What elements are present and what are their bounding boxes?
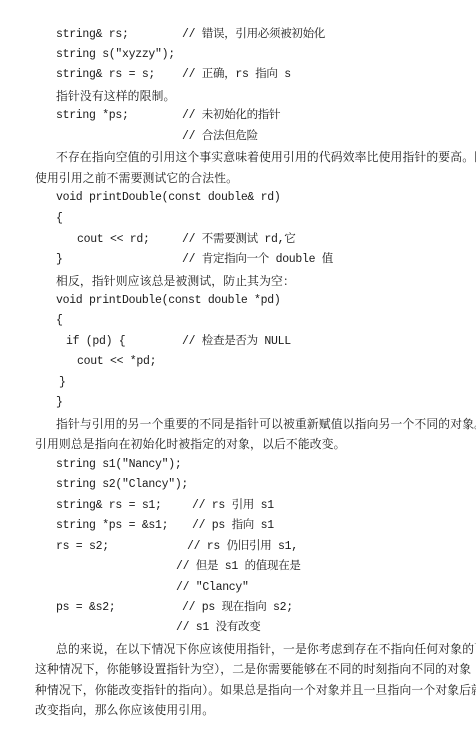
- paragraph-line: 种情况下，你能改变指针的指向）。如果总是指向一个对象并且一旦指向一个对象后就不会: [35, 680, 476, 700]
- code-line: cout << rd;: [77, 230, 150, 250]
- code-comment: // rs 仍旧引用 s1,: [187, 537, 298, 557]
- note-text: 相反，指针则应该总是被测试，防止其为空：: [56, 271, 295, 291]
- paragraph-line: 这种情况下，你能够设置指针为空），二是你需要能够在不同的时刻指向不同的对象（在这: [35, 659, 476, 679]
- code-comment: // s1 没有改变: [176, 618, 260, 638]
- document-page: string& rs; // 错误，引用必须被初始化 string s("xyz…: [0, 0, 476, 740]
- code-comment: // 错误，引用必须被初始化: [182, 25, 325, 45]
- code-line: }: [56, 393, 63, 413]
- paragraph-line: 使用引用之前不需要测试它的合法性。: [35, 168, 238, 188]
- code-comment: // ps 指向 s1: [192, 516, 274, 536]
- code-line: string *ps = &s1;: [56, 516, 168, 536]
- code-line: {: [56, 311, 63, 331]
- code-comment: // 检查是否为 NULL: [182, 332, 291, 352]
- code-comment: // 未初始化的指针: [182, 106, 280, 126]
- code-line: cout << *pd;: [77, 352, 156, 372]
- note-text: 指针没有这样的限制。: [56, 86, 175, 106]
- code-comment: // "Clancy": [176, 578, 249, 598]
- code-line: void printDouble(const double& rd): [56, 188, 280, 208]
- code-comment: // rs 引用 s1: [192, 496, 274, 516]
- paragraph-line: 不存在指向空值的引用这个事实意味着使用引用的代码效率比使用指针的要高。因为在: [56, 147, 450, 167]
- code-comment: // ps 现在指向 s2;: [182, 598, 293, 618]
- code-line: string& rs = s;: [56, 65, 155, 85]
- paragraph-line: 总的来说，在以下情况下你应该使用指针，一是你考虑到存在不指向任何对象的可能（在: [56, 639, 476, 659]
- code-comment: // 正确，rs 指向 s: [182, 65, 291, 85]
- code-line: string& rs;: [56, 25, 129, 45]
- code-line: {: [56, 209, 63, 229]
- code-line: string s("xyzzy");: [56, 45, 175, 65]
- code-line: }: [59, 373, 66, 393]
- code-comment: // 但是 s1 的值现在是: [176, 557, 301, 577]
- code-line: string *ps;: [56, 106, 129, 126]
- code-comment: // 肯定指向一个 double 值: [182, 250, 333, 270]
- code-line: if (pd) {: [66, 332, 125, 352]
- code-line: string s1("Nancy");: [56, 455, 181, 475]
- code-line: string s2("Clancy");: [56, 475, 188, 495]
- paragraph-line: 引用则总是指向在初始化时被指定的对象，以后不能改变。: [35, 434, 346, 454]
- code-line: string& rs = s1;: [56, 496, 162, 516]
- paragraph-line: 改变指向，那么你应该使用引用。: [35, 700, 214, 720]
- paragraph-line: 指针与引用的另一个重要的不同是指针可以被重新赋值以指向另一个不同的对象。但是: [56, 414, 450, 434]
- code-line: void printDouble(const double *pd): [56, 291, 280, 311]
- code-line: ps = &s2;: [56, 598, 115, 618]
- code-line: rs = s2;: [56, 537, 109, 557]
- code-comment: // 不需要测试 rd,它: [182, 230, 295, 250]
- code-line: }: [56, 250, 63, 270]
- code-comment: // 合法但危险: [182, 127, 258, 147]
